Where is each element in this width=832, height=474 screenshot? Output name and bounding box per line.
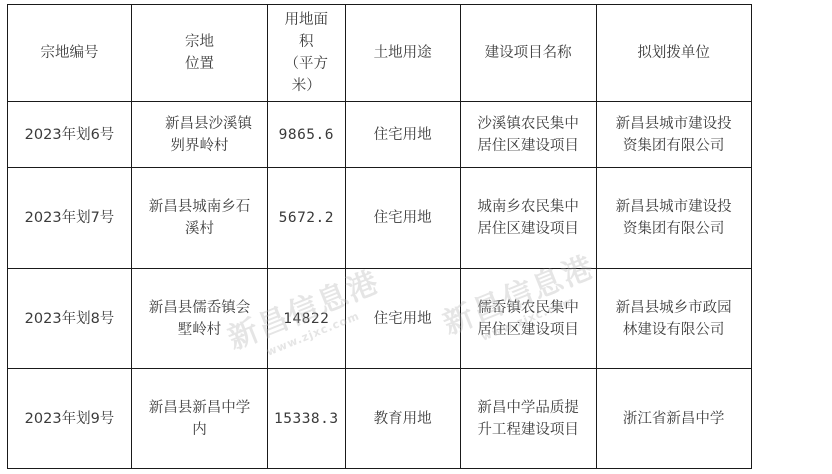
location-line: 刿界岭村 xyxy=(138,135,261,157)
location-line: 新昌县沙溪镇 xyxy=(138,113,261,135)
unit-line: 浙江省新昌中学 xyxy=(603,408,745,430)
unit-line: 新昌县城市建设投 xyxy=(603,196,745,218)
header-parcel-no: 宗地编号 xyxy=(8,5,132,102)
cell-project: 城南乡农民集中 居住区建设项目 xyxy=(460,168,596,269)
cell-location: 新昌县沙溪镇 刿界岭村 xyxy=(132,102,268,168)
table-row: 2023年划7号 新昌县城南乡石 溪村 5672.2 住宅用地 城南乡农民集中 … xyxy=(8,168,752,269)
cell-area: 5672.2 xyxy=(268,168,346,269)
project-line: 居住区建设项目 xyxy=(467,218,590,240)
project-line: 新昌中学品质提 xyxy=(467,397,590,419)
location-line: 内 xyxy=(138,419,261,441)
header-land-use: 土地用途 xyxy=(345,5,460,102)
project-line: 居住区建设项目 xyxy=(467,319,590,341)
table-row: 2023年划6号 新昌县沙溪镇 刿界岭村 9865.6 住宅用地 沙溪镇农民集中… xyxy=(8,102,752,168)
cell-unit: 新昌县城乡市政园 林建设有限公司 xyxy=(596,269,751,369)
project-line: 沙溪镇农民集中 xyxy=(467,113,590,135)
cell-unit: 新昌县城市建设投 资集团有限公司 xyxy=(596,168,751,269)
cell-land-use: 住宅用地 xyxy=(345,168,460,269)
header-allocation-unit: 拟划拨单位 xyxy=(596,5,751,102)
cell-project: 新昌中学品质提 升工程建设项目 xyxy=(460,369,596,469)
header-area-line: 米） xyxy=(274,75,339,97)
land-allocation-table: 宗地编号 宗地 位置 用地面 积 （平方 米） 土地用途 建设项目名称 拟划拨单… xyxy=(7,4,752,469)
table-row: 2023年划9号 新昌县新昌中学 内 15338.3 教育用地 新昌中学品质提 … xyxy=(8,369,752,469)
cell-area: 9865.6 xyxy=(268,102,346,168)
location-line: 新昌县儒岙镇会 xyxy=(138,297,261,319)
cell-project: 沙溪镇农民集中 居住区建设项目 xyxy=(460,102,596,168)
project-line: 升工程建设项目 xyxy=(467,419,590,441)
cell-land-use: 住宅用地 xyxy=(345,102,460,168)
header-row: 宗地编号 宗地 位置 用地面 积 （平方 米） 土地用途 建设项目名称 拟划拨单… xyxy=(8,5,752,102)
cell-land-use: 住宅用地 xyxy=(345,269,460,369)
cell-parcel-no: 2023年划7号 xyxy=(8,168,132,269)
cell-project: 儒岙镇农民集中 居住区建设项目 xyxy=(460,269,596,369)
header-area: 用地面 积 （平方 米） xyxy=(268,5,346,102)
header-location: 宗地 位置 xyxy=(132,5,268,102)
cell-location: 新昌县新昌中学 内 xyxy=(132,369,268,469)
unit-line: 新昌县城市建设投 xyxy=(603,113,745,135)
unit-line: 资集团有限公司 xyxy=(603,218,745,240)
cell-land-use: 教育用地 xyxy=(345,369,460,469)
location-line: 溪村 xyxy=(138,218,261,240)
header-location-line: 宗地 xyxy=(138,31,261,53)
cell-parcel-no: 2023年划6号 xyxy=(8,102,132,168)
location-line: 新昌县新昌中学 xyxy=(138,397,261,419)
cell-area: 15338.3 xyxy=(268,369,346,469)
location-line: 墅岭村 xyxy=(138,319,261,341)
cell-location: 新昌县儒岙镇会 墅岭村 xyxy=(132,269,268,369)
header-area-line: （平方 xyxy=(274,53,339,75)
project-line: 城南乡农民集中 xyxy=(467,196,590,218)
header-location-line: 位置 xyxy=(138,53,261,75)
project-line: 居住区建设项目 xyxy=(467,135,590,157)
location-line: 新昌县城南乡石 xyxy=(138,196,261,218)
cell-parcel-no: 2023年划9号 xyxy=(8,369,132,469)
project-line: 儒岙镇农民集中 xyxy=(467,297,590,319)
header-project-name: 建设项目名称 xyxy=(460,5,596,102)
cell-area: 14822 xyxy=(268,269,346,369)
header-area-line: 用地面 xyxy=(274,9,339,31)
cell-location: 新昌县城南乡石 溪村 xyxy=(132,168,268,269)
cell-unit: 新昌县城市建设投 资集团有限公司 xyxy=(596,102,751,168)
unit-line: 资集团有限公司 xyxy=(603,135,745,157)
unit-line: 新昌县城乡市政园 xyxy=(603,297,745,319)
cell-parcel-no: 2023年划8号 xyxy=(8,269,132,369)
cell-unit: 浙江省新昌中学 xyxy=(596,369,751,469)
unit-line: 林建设有限公司 xyxy=(603,319,745,341)
header-area-line: 积 xyxy=(274,31,339,53)
table-row: 2023年划8号 新昌县儒岙镇会 墅岭村 14822 住宅用地 儒岙镇农民集中 … xyxy=(8,269,752,369)
